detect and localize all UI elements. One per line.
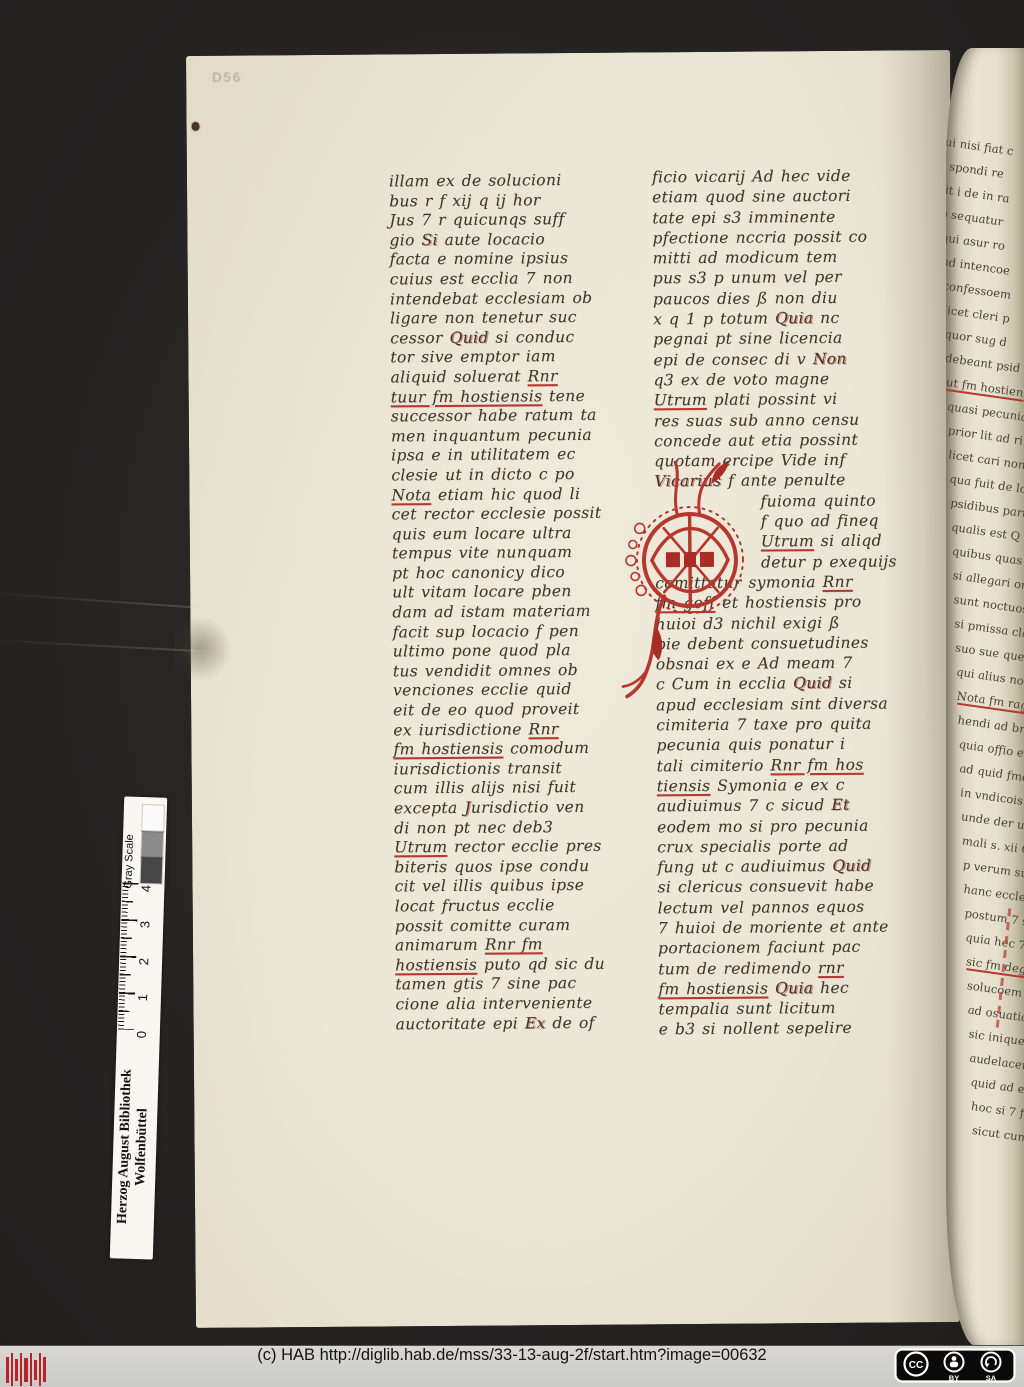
manuscript-line: ad intencoe [946, 255, 1024, 281]
dust-thread [0, 593, 205, 609]
ruler-number: 0 [134, 1031, 149, 1039]
manuscript-line: ex iurisdictione Rnr [393, 719, 651, 741]
adjacent-page-edge: qui nisi fiat co spondi resit i de in ra… [946, 48, 1024, 1346]
manuscript-line: licet cari non [948, 448, 1024, 474]
manuscript-line: cessor Quid si conduc [390, 327, 648, 349]
manuscript-line: intendebat ecclesiam ob [390, 288, 648, 310]
ruler-number: 2 [136, 958, 151, 966]
gray-scale-ruler: Gray Scale 4 3 2 1 0 Herzog August Bibli… [110, 796, 167, 1259]
manuscript-line: quibus quas [952, 545, 1024, 571]
manuscript-line: iurisdictionis transit [394, 758, 652, 780]
manuscript-line: biteris quos ipse condu [394, 856, 652, 878]
manuscript-line: Nota fm ragm [957, 690, 1024, 716]
manuscript-line: tamen gtis 7 sine pac [395, 974, 653, 996]
gray-scale-label: Gray Scale [122, 834, 136, 889]
gray-scale-swatch-dark [141, 857, 163, 884]
manuscript-line: cuius est ecclia 7 non [390, 268, 648, 290]
color-calibration-mark [4, 1353, 48, 1386]
manuscript-line: confessoem [946, 279, 1024, 305]
gray-scale-swatch-mid [141, 831, 163, 858]
cc-license-badge[interactable]: CC BY SA [894, 1348, 1016, 1384]
manuscript-line: quia hec 7 pecu [965, 931, 1024, 957]
manuscript-line: auctoritate epi Ex de of [396, 1013, 654, 1035]
manuscript-line: quid ad eam Q [970, 1076, 1024, 1102]
manuscript-line: aliquid soluerat Rnr [390, 366, 648, 388]
manuscript-line: audelacer psisa [969, 1052, 1024, 1078]
manuscript-line: men inquantum pecunia [391, 425, 649, 447]
gray-scale-swatch-white [142, 805, 164, 832]
manuscript-line: sic fm degmni [966, 955, 1024, 981]
manuscript-line: sit i de in ra [946, 183, 1024, 209]
manuscript-line: quor sug d [946, 328, 1024, 354]
cc-by-label: BY [949, 1374, 959, 1383]
ruler-number: 3 [137, 921, 152, 929]
illuminated-initial [609, 455, 769, 708]
manuscript-line: qua fuit de lo [949, 472, 1024, 498]
manuscript-line: illam ex de solucioni [389, 170, 647, 192]
manuscript-line: sicut cum fide 7 [972, 1124, 1024, 1150]
manuscript-line: animarum Rnr fm [395, 935, 653, 957]
manuscript-line: facta e nomine ipsius [390, 249, 648, 271]
manuscript-line: licet cleri p [946, 303, 1024, 329]
manuscript-line: cione alia interveniente [395, 993, 653, 1015]
manuscript-line: gio Si aute locacio [389, 229, 647, 251]
copyright-caption: (c) HAB http://diglib.hab.de/mss/33-13-a… [0, 1346, 1024, 1387]
manuscript-line: successor habe ratum ta [391, 406, 649, 428]
manuscript-line: solucoem partu [967, 979, 1024, 1005]
manuscript-line: hostiensis puto qd sic du [395, 954, 653, 976]
manuscript-line: ligare non tenetur suc [390, 308, 648, 330]
manuscript-line: excepta Jurisdictio ven [394, 797, 652, 819]
wormhole-spot [192, 122, 200, 131]
manuscript-line: prior lit ad ri [947, 424, 1024, 450]
manuscript-line: fm hostiensis comodum [393, 739, 651, 761]
manuscript-line: locat fructus ecclie [395, 895, 653, 917]
cc-logo-text: CC [909, 1360, 923, 1371]
manuscript-line: qui alius no fi [956, 665, 1024, 691]
manuscript-line: p verum subtlo [963, 858, 1024, 884]
manuscript-line: ut fm hostien [946, 376, 1024, 402]
cc-sa-label: SA [986, 1374, 997, 1383]
manuscript-line: mali s. xii Qua [962, 834, 1024, 860]
manuscript-line: qui asur ro [946, 231, 1024, 257]
manuscript-line: in vndicois s3 [960, 786, 1024, 812]
manuscript-line: sunt noctuosi [953, 593, 1024, 619]
ruler-number: 4 [138, 885, 153, 893]
institution-label: Herzog August Bibliothek Wolfenbüttel [113, 1046, 153, 1247]
manuscript-line: Utrum rector ecclie pres [394, 837, 652, 859]
manuscript-line: hanc ecclesiae [963, 883, 1024, 909]
manuscript-line: si pmissa clau [954, 617, 1024, 643]
manuscript-line: tor sive emptor iam [390, 347, 648, 369]
manuscript-line: p sequatur [946, 207, 1024, 233]
manuscript-line: tuur fm hostiensis tene [391, 386, 649, 408]
manuscript-line: quia offio erse [958, 738, 1024, 764]
manuscript-line: psidibus part [950, 497, 1024, 523]
manuscript-line: debeant psid [946, 352, 1024, 378]
manuscript-line: possit comitte curam [395, 915, 653, 937]
adjacent-page-text: qui nisi fiat co spondi resit i de in ra… [946, 135, 1024, 1162]
ruler-ticks [118, 882, 139, 1029]
manuscript-line: di non pt nec deb3 [394, 817, 652, 839]
pencil-foliation: D56 [212, 70, 242, 85]
manuscript-line: qualis est Q [951, 521, 1024, 547]
manuscript-line: postum 7 streue [964, 907, 1024, 933]
manuscript-line: ad quid fmena [959, 762, 1024, 788]
manuscript-line: o spondi re [946, 159, 1024, 185]
manuscript-line: hoc si 7 fmena [971, 1100, 1024, 1126]
manuscript-line: hendi ad brevi [958, 714, 1024, 740]
manuscript-line: si allegari on [953, 569, 1024, 595]
manuscript-line: cum illis alijs nisi fuit [394, 778, 652, 800]
manuscript-line: cit vel illis quibus ipse [394, 876, 652, 898]
manuscript-line: unde der ut sag [961, 810, 1024, 836]
manuscript-line: Jus 7 r quicunqs suff [389, 210, 647, 232]
manuscript-line: bus r f xij q ij hor [389, 190, 647, 212]
gray-scale-patch [141, 805, 164, 884]
manuscript-page: D56 illam ex de solucionibus r f xij q i… [186, 50, 960, 1328]
ruler-number: 1 [135, 994, 150, 1002]
manuscript-line: sic inique olle [968, 1027, 1024, 1053]
digitized-manuscript-viewer: D56 illam ex de solucionibus r f xij q i… [0, 0, 1024, 1387]
manuscript-line: qui nisi fiat c [946, 135, 1024, 161]
manuscript-line: suo sue quem r [955, 641, 1024, 667]
footer-bar: (c) HAB http://diglib.hab.de/mss/33-13-a… [0, 1345, 1024, 1387]
manuscript-line: quasi pecuniar [947, 400, 1024, 426]
